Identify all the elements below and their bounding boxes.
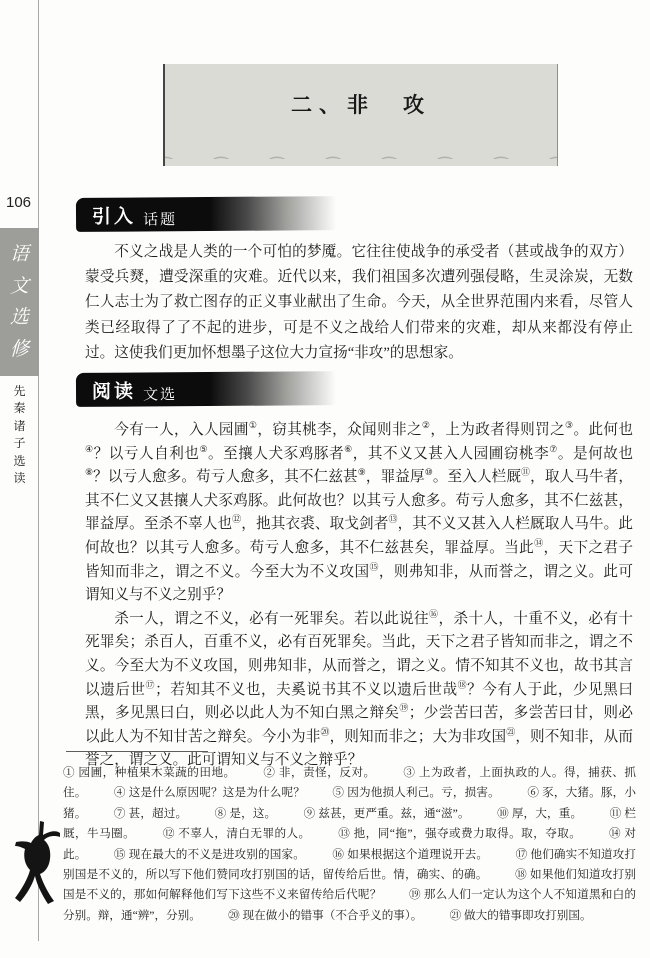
reading-paragraph: 杀一人，谓之不义，必有一死罪矣。若以此说往⑯，杀十人，十重不义，必有十死罪矣；杀… <box>85 608 633 773</box>
footnote-separator-rule <box>66 751 208 752</box>
section-header-sub-label: 话题 <box>143 208 177 229</box>
section-header-reading-selection: 阅读 文选 <box>76 371 344 407</box>
section-header-intro-topic: 引入 话题 <box>76 196 344 232</box>
footnote-item: ⑤ 因为他损人利己。亏，损害。 <box>332 786 500 799</box>
spine-subtitle-char: 读 <box>13 471 25 485</box>
spine-title-char: 选 <box>10 308 30 328</box>
footnote-item: ⑫ 不辜人，清白无罪的人。 <box>163 827 311 840</box>
footnote-item: ㉑ 做大的错事即攻打别国。 <box>450 909 592 922</box>
spine-subtitle-char: 诸 <box>13 419 25 433</box>
spine-title-char: 修 <box>10 340 30 360</box>
spine-subtitle-char: 子 <box>13 436 25 450</box>
footnote-item: ⑧ 是，这。 <box>215 807 277 820</box>
footnote-item: ⑨ 兹甚，更严重。兹，通“滋”。 <box>304 807 470 820</box>
footnote-item: ⑮ 现在最大的不义是进攻别的国家。 <box>114 848 305 861</box>
textbook-page: 106 语 文 选 修 先 秦 诸 子 选 读 二、非 攻 引入 话题 不义之战… <box>0 0 650 958</box>
footnote-item: ① 园圃，种植果木菜蔬的田地。 <box>63 766 236 779</box>
spine-subtitle-char: 秦 <box>13 401 25 415</box>
spine-subtitle-char: 先 <box>13 384 25 398</box>
spine-subtitle: 先 秦 诸 子 选 读 <box>0 384 39 485</box>
footnote-item: ② 非，责怪，反对。 <box>263 766 375 779</box>
reading-passage: 今有一人，入人园圃①，窃其桃李，众闻则非之②，上为政者得则罚之③。此何也④？以亏… <box>85 419 633 773</box>
footnote-item: ④ 这是什么原因呢？这是为什么呢？ <box>114 786 305 799</box>
intro-paragraph: 不义之战是人类的一个可怕的梦魇。它往往使战争的承受者（甚或战争的双方）蒙受兵燹，… <box>85 240 633 366</box>
footnote-item: ⑯ 如果根据这个道理说开去。 <box>332 848 488 861</box>
section-header-main-label: 引入 <box>92 201 136 228</box>
footnote-item: ⑬ 扡，同“拖”，强夺或费力取得。取，夺取。 <box>338 827 581 840</box>
footnote-item: ⑳ 现在做小的错事（不合乎义的事）。 <box>228 909 422 922</box>
chapter-banner: 二、非 攻 <box>163 64 558 166</box>
spine-subtitle-char: 选 <box>13 454 25 468</box>
spine-title-char: 文 <box>10 276 30 296</box>
bronze-vessel-icon <box>10 815 62 910</box>
spine-block: 语 文 选 修 <box>0 228 39 376</box>
footnotes-block: ① 园圃，种植果木菜蔬的田地。 ② 非，责怪，反对。 ③ 上为政者，上面执政的人… <box>63 763 636 926</box>
section-header-sub-label: 文选 <box>143 383 177 404</box>
page-number: 106 <box>1 194 36 211</box>
chapter-title: 二、非 攻 <box>165 89 557 119</box>
footnote-item: ⑩ 厚，大，重。 <box>497 807 582 820</box>
section-header-main-label: 阅读 <box>92 376 136 403</box>
reading-paragraph: 今有一人，入人园圃①，窃其桃李，众闻则非之②，上为政者得则罚之③。此何也④？以亏… <box>85 419 633 608</box>
footnote-item: ⑦ 甚，超过。 <box>114 807 187 820</box>
wave-pattern-decoration <box>165 130 557 166</box>
spine-title-char: 语 <box>10 244 30 264</box>
